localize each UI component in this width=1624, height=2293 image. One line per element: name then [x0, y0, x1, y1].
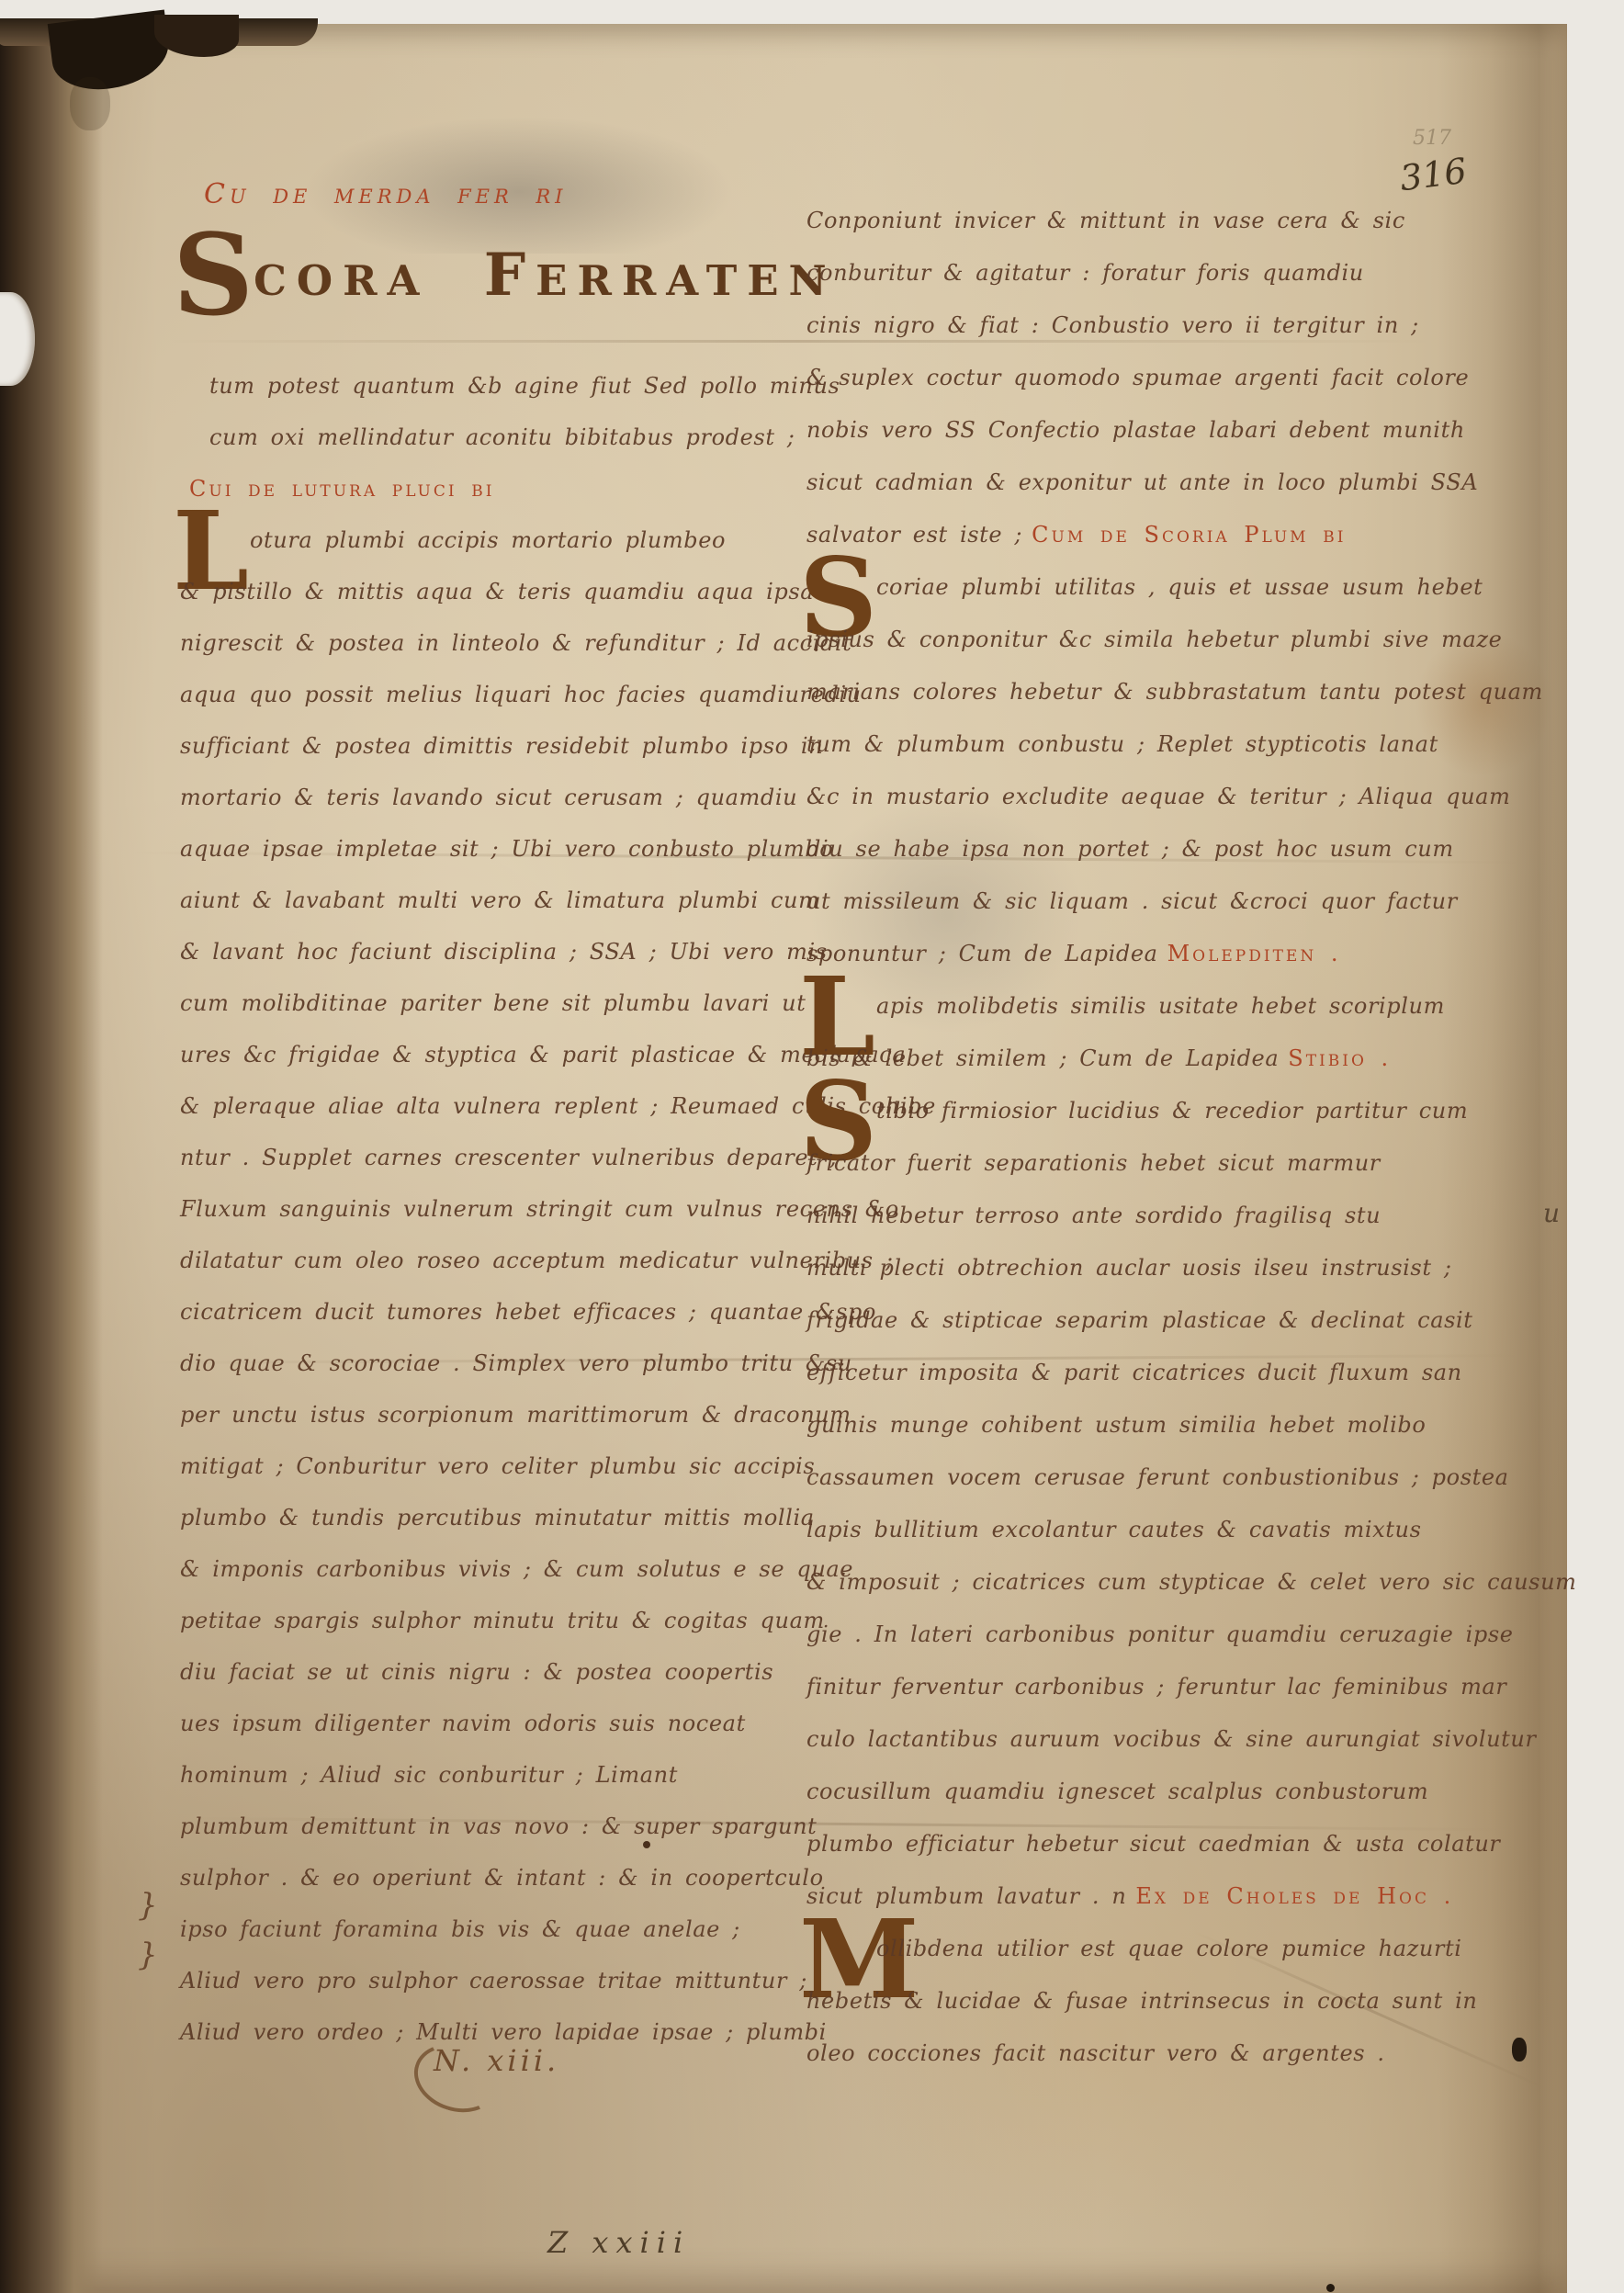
text-line: cassaumen vocem cerusae ferunt conbustio… — [806, 1451, 1455, 1504]
margin-pen-mark: u — [1543, 1198, 1560, 1228]
body-text: hebetis & lucidae & fusae intrinsecus in… — [806, 1988, 1478, 2014]
body-text: aquae ipsae impletae sit ; Ubi vero conb… — [180, 836, 833, 862]
body-text: mortario & teris lavando sicut cerusam ;… — [180, 785, 797, 810]
text-line: plumbo efficiatur hebetur sicut caedmian… — [806, 1818, 1455, 1870]
text-line: cum molibditinae pariter bene sit plumbu… — [180, 977, 814, 1029]
text-line: Mollibdena utilior est quae colore pumic… — [806, 1923, 1455, 1975]
text-line: aquae ipsae impletae sit ; Ubi vero conb… — [180, 823, 814, 875]
text-line: frigidae & stipticae separim plasticae &… — [806, 1294, 1455, 1347]
body-text: diu se habe ipsa non portet ; & post hoc… — [806, 836, 1454, 862]
left-text-column: tum potest quantum &b agine fiut Sed pol… — [180, 360, 814, 2058]
text-line: dio quae & scorociae . Simplex vero plum… — [180, 1338, 814, 1389]
text-line: tum & plumbum conbustu ; Replet styptico… — [806, 718, 1455, 771]
body-text: dio quae & scorociae . Simplex vero plum… — [180, 1350, 852, 1376]
title-initial: S — [173, 232, 254, 319]
rubric-text: Stibio . — [1279, 1045, 1391, 1071]
body-text: oleo cocciones facit nascitur vero & arg… — [806, 2040, 1385, 2066]
text-line: ut missileum & sic liquam . sicut &croci… — [806, 875, 1455, 928]
margin-brace-mark: } — [138, 1937, 158, 1973]
text-line: sulphor . & eo operiunt & intant : & in … — [180, 1852, 814, 1903]
body-text: sicut cadmian & exponitur ut ante in loc… — [806, 469, 1478, 495]
rubric-text: Ex de Choles de Hoc . — [1126, 1883, 1453, 1909]
text-line: gie . In lateri carbonibus ponitur quamd… — [806, 1609, 1455, 1661]
text-line: tum potest quantum &b agine fiut Sed pol… — [180, 360, 814, 412]
body-text: plumbo & tundis percutibus minutatur mit… — [180, 1505, 815, 1531]
text-line: ues ipsum diligenter navim odoris suis n… — [180, 1698, 814, 1749]
text-line: diu faciat se ut cinis nigru : & postea … — [180, 1646, 814, 1698]
body-text: cassaumen vocem cerusae ferunt conbustio… — [806, 1464, 1509, 1490]
text-line: & lavant hoc faciunt disciplina ; SSA ; … — [180, 926, 814, 977]
body-text: cum oxi mellindatur aconitu bibitabus pr… — [209, 424, 795, 450]
right-text-column: Conponiunt invicer & mittunt in vase cer… — [806, 195, 1455, 2080]
body-text: & pistillo & mittis aqua & teris quamdiu… — [180, 579, 814, 604]
margin-brace-mark: } — [138, 1887, 158, 1924]
text-line: ipso faciunt foramina bis vis & quae ane… — [180, 1903, 814, 1955]
body-text: ipsius & conponitur &c simila hebetur pl… — [806, 627, 1502, 652]
body-text: ipso faciunt foramina bis vis & quae ane… — [180, 1916, 740, 1942]
text-line: plumbum demittunt in vas novo : & super … — [180, 1801, 814, 1852]
text-line: Scoriae plumbi utilitas , quis et ussae … — [806, 561, 1455, 614]
rubric-text: Molepditen . — [1158, 941, 1341, 966]
text-line: mortario & teris lavando sicut cerusam ;… — [180, 772, 814, 823]
text-line: nihil hebetur terroso ante sordido fragi… — [806, 1190, 1455, 1242]
text-line: diu se habe ipsa non portet ; & post hoc… — [806, 823, 1455, 875]
text-line: cocusillum quamdiu ignescet scalplus con… — [806, 1766, 1455, 1818]
page-title: S cora Ferraten — [173, 232, 837, 319]
manuscript-photo: 517 316 Cu de merda fer ri S cora Ferrat… — [0, 0, 1624, 2293]
body-text: aiunt & lavabant multi vero & limatura p… — [180, 887, 819, 913]
body-text: & suplex coctur quomodo spumae argenti f… — [806, 365, 1469, 390]
body-text: dilatatur cum oleo roseo acceptum medica… — [180, 1248, 894, 1273]
text-line: hebetis & lucidae & fusae intrinsecus in… — [806, 1975, 1455, 2028]
body-text: nihil hebetur terroso ante sordido fragi… — [806, 1203, 1381, 1228]
body-text: Fluxum sanguinis vulnerum stringit cum v… — [180, 1196, 899, 1222]
text-line: petitae spargis sulphor minutu tritu & c… — [180, 1595, 814, 1646]
ink-blot — [1512, 2038, 1527, 2061]
text-line: sponuntur ; Cum de LapideaMolepditen . — [806, 928, 1455, 980]
body-text: ntur . Supplet carnes crescenter vulneri… — [180, 1145, 838, 1170]
text-line: conburitur & agitatur : foratur foris qu… — [806, 247, 1455, 299]
text-line: aqua quo possit melius liquari hoc facie… — [180, 669, 814, 720]
text-line: finitur ferventur carbonibus ; feruntur … — [806, 1661, 1455, 1713]
text-line: efficetur imposita & parit cicatrices du… — [806, 1347, 1455, 1399]
text-line: cinis nigro & fiat : Conbustio vero ii t… — [806, 299, 1455, 352]
chapter-rubric-header: Cu de merda fer ri — [204, 178, 567, 210]
body-text: conburitur & agitatur : foratur foris qu… — [806, 260, 1364, 286]
body-text: plumbo efficiatur hebetur sicut caedmian… — [806, 1831, 1501, 1857]
title-text: cora Ferraten — [254, 232, 837, 305]
quire-mark-z: Z xxiii — [547, 2225, 690, 2260]
ink-blot — [1326, 2284, 1335, 2292]
body-text: tum & plumbum conbustu ; Replet styptico… — [806, 731, 1438, 757]
quire-mark-n: N. xiii. — [434, 2043, 559, 2078]
text-line: fricator fuerit separationis hebet sicut… — [806, 1137, 1455, 1190]
body-text: diu faciat se ut cinis nigru : & postea … — [180, 1659, 773, 1685]
body-text: gie . In lateri carbonibus ponitur quamd… — [806, 1621, 1514, 1647]
text-line: plumbo & tundis percutibus minutatur mit… — [180, 1492, 814, 1543]
text-line: Cui de lutura pluci bi — [180, 463, 814, 514]
text-line: nobis vero SS Confectio plastae labari d… — [806, 404, 1455, 457]
folio-number: 316 — [1398, 151, 1469, 199]
text-line: Lapis molibdetis similis usitate hebet s… — [806, 980, 1455, 1033]
body-text: otura plumbi accipis mortario plumbeo — [250, 527, 726, 553]
body-text: Conponiunt invicer & mittunt in vase cer… — [806, 208, 1405, 233]
text-line: & pleraque aliae alta vulnera replent ; … — [180, 1080, 814, 1132]
body-text: sufficiant & postea dimittis residebit p… — [180, 733, 823, 759]
body-text: ut missileum & sic liquam . sicut &croci… — [806, 888, 1458, 914]
rubric-text: Cum de Scoria Plum bi — [1022, 522, 1346, 548]
body-text: ues ipsum diligenter navim odoris suis n… — [180, 1711, 746, 1736]
text-line: culo lactantibus auruum vocibus & sine a… — [806, 1713, 1455, 1766]
body-text: ures &c frigidae & styptica & parit plas… — [180, 1042, 906, 1067]
text-line: lapis bullitium excolantur cautes & cava… — [806, 1504, 1455, 1556]
text-line: cum oxi mellindatur aconitu bibitabus pr… — [180, 412, 814, 463]
text-line: & imponis carbonibus vivis ; & cum solut… — [180, 1543, 814, 1595]
text-line: Fluxum sanguinis vulnerum stringit cum v… — [180, 1183, 814, 1235]
body-text: plumbum demittunt in vas novo : & super … — [180, 1813, 817, 1839]
body-text: nigrescit & postea in linteolo & refundi… — [180, 630, 851, 656]
text-line: sicut cadmian & exponitur ut ante in loc… — [806, 457, 1455, 509]
text-line: & imposuit ; cicatrices cum stypticae & … — [806, 1556, 1455, 1609]
body-text: Aliud vero ordeo ; Multi vero lapidae ip… — [180, 2019, 827, 2045]
parchment-page: 517 316 Cu de merda fer ri S cora Ferrat… — [0, 24, 1567, 2293]
body-text: cocusillum quamdiu ignescet scalplus con… — [806, 1779, 1428, 1804]
text-line: Conponiunt invicer & mittunt in vase cer… — [806, 195, 1455, 247]
text-line: guinis munge cohibent ustum similia hebe… — [806, 1399, 1455, 1451]
body-text: finitur ferventur carbonibus ; feruntur … — [806, 1674, 1506, 1700]
body-text: cinis nigro & fiat : Conbustio vero ii t… — [806, 312, 1419, 338]
body-text: fricator fuerit separationis hebet sicut… — [806, 1150, 1381, 1176]
body-text: marians colores hebetur & subbrastatum t… — [806, 679, 1543, 705]
body-text: lapis bullitium excolantur cautes & cava… — [806, 1517, 1422, 1542]
text-line: Aliud vero pro sulphor caerossae tritae … — [180, 1955, 814, 2006]
text-line: & pistillo & mittis aqua & teris quamdiu… — [180, 566, 814, 617]
body-text: Aliud vero pro sulphor caerossae tritae … — [180, 1968, 807, 1994]
body-text: nobis vero SS Confectio plastae labari d… — [806, 417, 1465, 443]
text-line: mitigat ; Conburitur vero celiter plumbu… — [180, 1440, 814, 1492]
body-text: cum molibditinae pariter bene sit plumbu… — [180, 990, 806, 1016]
body-text: frigidae & stipticae separim plasticae &… — [806, 1307, 1473, 1333]
text-line: & suplex coctur quomodo spumae argenti f… — [806, 352, 1455, 404]
text-line: dilatatur cum oleo roseo acceptum medica… — [180, 1235, 814, 1286]
body-text: multi plecti obtrechion auclar uosis ils… — [806, 1255, 1452, 1281]
text-line: ntur . Supplet carnes crescenter vulneri… — [180, 1132, 814, 1183]
body-text: coriae plumbi utilitas , quis et ussae u… — [876, 574, 1483, 600]
body-text: cicatricem ducit tumores hebet efficaces… — [180, 1299, 876, 1325]
body-text: hominum ; Aliud sic conburitur ; Limant — [180, 1762, 678, 1788]
body-text: ollibdena utilior est quae colore pumice… — [876, 1936, 1462, 1961]
body-text: apis molibdetis similis usitate hebet sc… — [876, 993, 1445, 1019]
text-line: Lotura plumbi accipis mortario plumbeo — [180, 514, 814, 566]
body-text: & imponis carbonibus vivis ; & cum solut… — [180, 1556, 853, 1582]
text-line: multi plecti obtrechion auclar uosis ils… — [806, 1242, 1455, 1294]
text-line: salvator est iste ;Cum de Scoria Plum bi — [806, 509, 1455, 561]
text-line: ures &c frigidae & styptica & parit plas… — [180, 1029, 814, 1080]
body-text: & lavant hoc faciunt disciplina ; SSA ; … — [180, 939, 828, 965]
text-line: Stibio firmiosior lucidius & recedior pa… — [806, 1085, 1455, 1137]
body-text: &c in mustario excludite aequae & teritu… — [806, 784, 1510, 809]
text-line: sufficiant & postea dimittis residebit p… — [180, 720, 814, 772]
text-line: cicatricem ducit tumores hebet efficaces… — [180, 1286, 814, 1338]
text-line: oleo cocciones facit nascitur vero & arg… — [806, 2028, 1455, 2080]
text-line: nigrescit & postea in linteolo & refundi… — [180, 617, 814, 669]
body-text: efficetur imposita & parit cicatrices du… — [806, 1360, 1462, 1385]
body-text: sulphor . & eo operiunt & intant : & in … — [180, 1865, 824, 1891]
text-line: hominum ; Aliud sic conburitur ; Limant — [180, 1749, 814, 1801]
body-text: petitae spargis sulphor minutu tritu & c… — [180, 1608, 825, 1633]
binding-tear — [70, 77, 110, 130]
text-line: per unctu istus scorpionum marittimorum … — [180, 1389, 814, 1440]
text-line: bis & lebet similem ; Cum de LapideaStib… — [806, 1033, 1455, 1085]
body-text: per unctu istus scorpionum marittimorum … — [180, 1402, 851, 1428]
body-text: & imposuit ; cicatrices cum stypticae & … — [806, 1569, 1577, 1595]
body-text: tibio firmiosior lucidius & recedior par… — [876, 1098, 1468, 1124]
body-text: aqua quo possit melius liquari hoc facie… — [180, 682, 862, 707]
faint-folio-number: 517 — [1413, 127, 1451, 150]
body-text: mitigat ; Conburitur vero celiter plumbu… — [180, 1453, 815, 1479]
body-text: tum potest quantum &b agine fiut Sed pol… — [209, 373, 840, 399]
body-text: culo lactantibus auruum vocibus & sine a… — [806, 1726, 1537, 1752]
body-text: guinis munge cohibent ustum similia hebe… — [806, 1412, 1426, 1438]
text-line: aiunt & lavabant multi vero & limatura p… — [180, 875, 814, 926]
text-line: marians colores hebetur & subbrastatum t… — [806, 666, 1455, 718]
text-line: &c in mustario excludite aequae & teritu… — [806, 771, 1455, 823]
text-line: ipsius & conponitur &c simila hebetur pl… — [806, 614, 1455, 666]
